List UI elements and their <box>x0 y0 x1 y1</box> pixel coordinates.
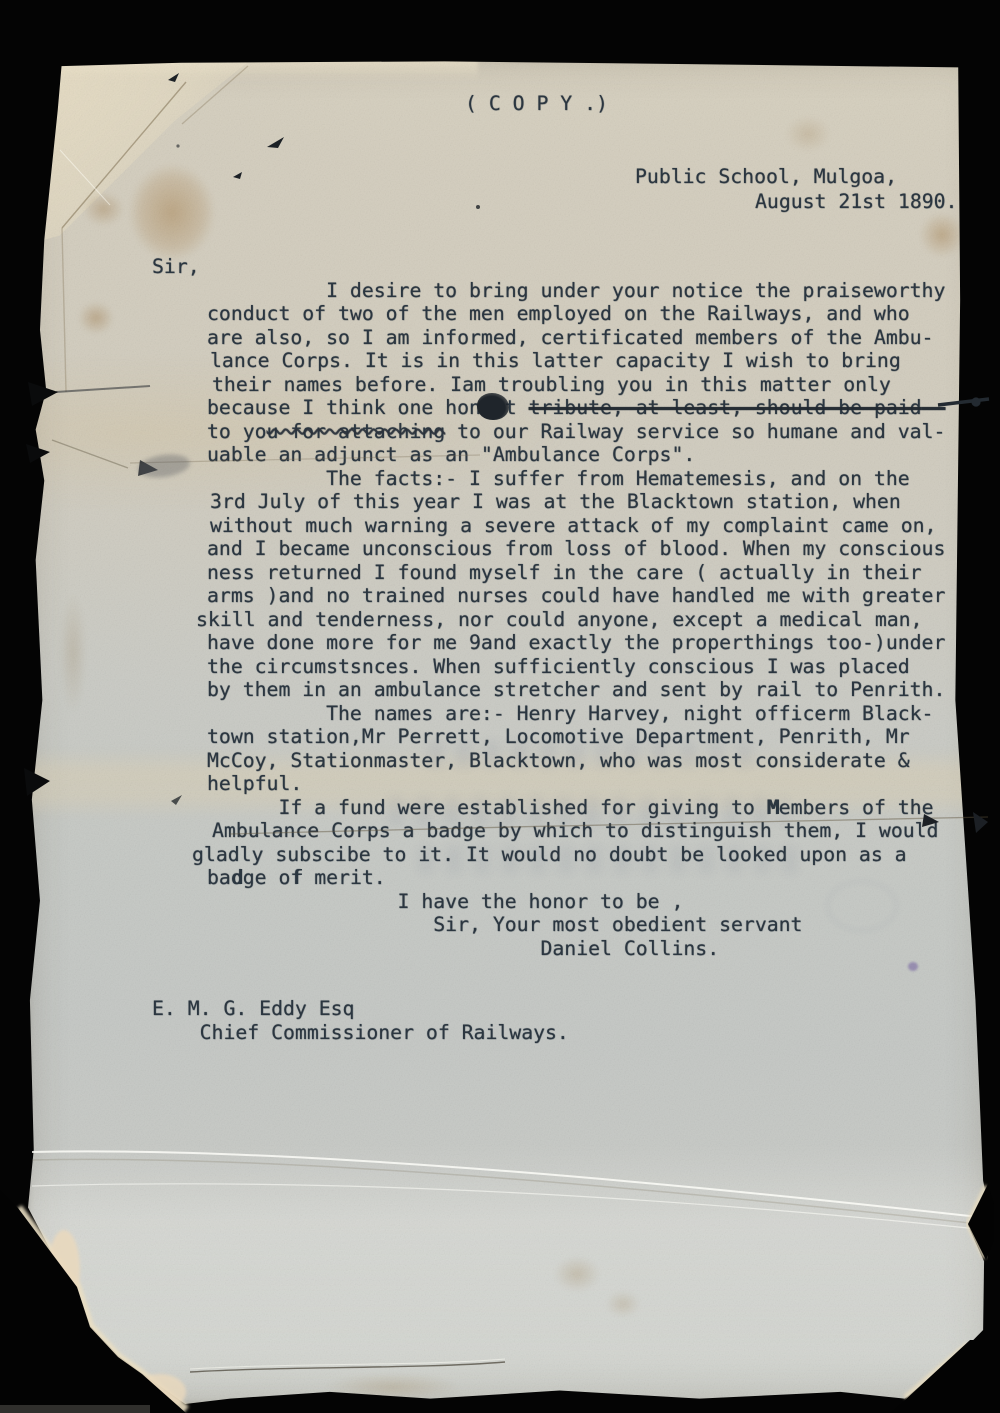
letter-line: Chief Commissioner of Railways. <box>152 1021 945 1045</box>
letter-body: Sir, I desire to bring under your notice… <box>207 255 945 1044</box>
scanned-letter: ( C O P Y .) Public School, Mulgoa, Augu… <box>0 0 1000 1413</box>
copy-label: ( C O P Y .) <box>465 92 608 116</box>
letter-line: to you for attaching to our Railway serv… <box>207 420 945 444</box>
letter-line: Ambulance Corps a badge by which to dist… <box>212 819 945 843</box>
letter-line: because I think one honest tribute, at l… <box>207 396 945 420</box>
letter-line: I have the honor to be , <box>207 890 945 914</box>
letter-line: by them in an ambulance stretcher and se… <box>207 678 945 702</box>
letter-line: helpful. <box>207 772 945 796</box>
letter-line: E. M. G. Eddy Esq <box>152 997 945 1021</box>
letter-line: 3rd July of this year I was at the Black… <box>210 490 945 514</box>
letter-line: and I became unconscious from loss of bl… <box>207 537 945 561</box>
letter-line: If a fund were established for giving to… <box>207 796 945 820</box>
letter-line: Sir, Your most obedient servant <box>207 913 945 937</box>
letter-line: skill and tenderness, nor could anyone, … <box>196 608 945 632</box>
typewritten-text-layer: ( C O P Y .) Public School, Mulgoa, Augu… <box>0 0 1000 1413</box>
letter-line: uable an adjunct as an "Ambulance Corps"… <box>207 443 945 467</box>
sender-place: Public School, Mulgoa, <box>635 165 897 189</box>
letter-line: without much warning a severe attack of … <box>210 514 945 538</box>
letter-date: August 21st 1890. <box>755 190 957 214</box>
letter-line: The facts:- I suffer from Hematemesis, a… <box>207 467 945 491</box>
letter-line: ness returned I found myself in the care… <box>207 561 945 585</box>
ink-dot <box>908 962 918 971</box>
letter-line: gladly subscibe to it. It would no doubt… <box>192 843 945 867</box>
letter-line: McCoy, Stationmaster, Blacktown, who was… <box>207 749 945 773</box>
letter-line: their names before. Iam troubling you in… <box>212 373 945 397</box>
letter-line: lance Corps. It is in this latter capaci… <box>210 349 945 373</box>
letter-line: the circumstsnces. When sufficiently con… <box>207 655 945 679</box>
letter-line: badge of merit. <box>207 866 945 890</box>
letter-line: I desire to bring under your notice the … <box>207 279 945 303</box>
letter-line: Daniel Collins. <box>207 937 945 961</box>
letter-line: are also, so I am informed, certificated… <box>207 326 945 350</box>
letter-line: The names are:- Henry Harvey, night offi… <box>207 702 945 726</box>
letter-line: conduct of two of the men employed on th… <box>207 302 945 326</box>
letter-line: have done more for me 9and exactly the p… <box>207 631 945 655</box>
letter-line: arms )and no trained nurses could have h… <box>207 584 945 608</box>
letter-line: town station,Mr Perrett, Locomotive Depa… <box>207 725 945 749</box>
letter-line: Sir, <box>152 255 945 279</box>
